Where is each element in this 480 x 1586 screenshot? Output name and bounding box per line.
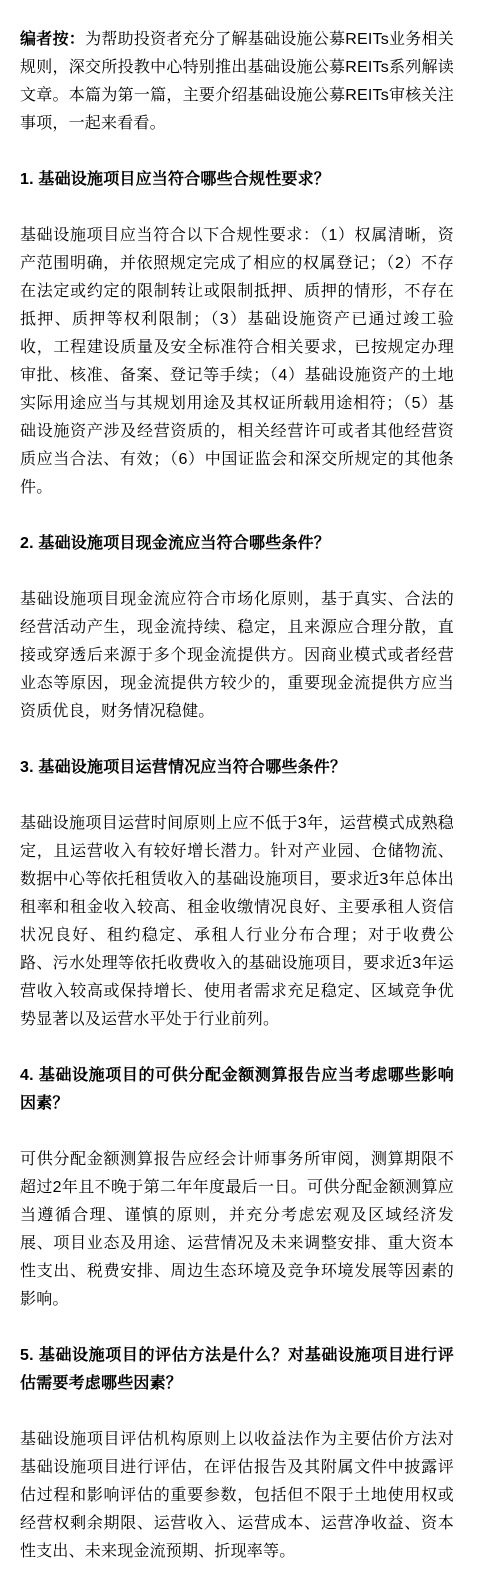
answer-paragraph-2: 基础设施项目现金流应符合市场化原则，基于真实、合法的经营活动产生，现金流持续、稳… — [20, 586, 454, 726]
answer-paragraph-3: 基础设施项目运营时间原则上应不低于3年，运营模式成熟稳定，且运营收入有较好增长潜… — [20, 810, 454, 1034]
section-distributable-amount: 4. 基础设施项目的可供分配金额测算报告应当考虑哪些影响因素？ 可供分配金额测算… — [20, 1062, 454, 1314]
question-heading-3: 3. 基础设施项目运营情况应当符合哪些条件？ — [20, 754, 454, 782]
question-heading-5: 5. 基础设施项目的评估方法是什么？对基础设施项目进行评估需要考虑哪些因素？ — [20, 1342, 454, 1398]
intro-text: 为帮助投资者充分了解基础设施公募REITs业务相关规则，深交所投教中心特别推出基… — [20, 31, 454, 132]
answer-paragraph-1: 基础设施项目应当符合以下合规性要求：（1）权属清晰，资产范围明确，并依照规定完成… — [20, 222, 454, 502]
section-operations: 3. 基础设施项目运营情况应当符合哪些条件？ 基础设施项目运营时间原则上应不低于… — [20, 754, 454, 1034]
section-valuation: 5. 基础设施项目的评估方法是什么？对基础设施项目进行评估需要考虑哪些因素？ 基… — [20, 1342, 454, 1566]
editor-note-label: 编者按： — [20, 31, 85, 48]
answer-paragraph-5: 基础设施项目评估机构原则上以收益法作为主要估价方法对基础设施项目进行评估，在评估… — [20, 1426, 454, 1566]
section-cashflow: 2. 基础设施项目现金流应当符合哪些条件？ 基础设施项目现金流应符合市场化原则，… — [20, 530, 454, 726]
intro-paragraph: 编者按：为帮助投资者充分了解基础设施公募REITs业务相关规则，深交所投教中心特… — [20, 26, 454, 138]
question-heading-4: 4. 基础设施项目的可供分配金额测算报告应当考虑哪些影响因素？ — [20, 1062, 454, 1118]
answer-paragraph-4: 可供分配金额测算报告应经会计师事务所审阅，测算期限不超过2年且不晚于第二年年度最… — [20, 1146, 454, 1314]
question-heading-1: 1. 基础设施项目应当符合哪些合规性要求？ — [20, 166, 454, 194]
reits-article: 编者按：为帮助投资者充分了解基础设施公募REITs业务相关规则，深交所投教中心特… — [0, 0, 480, 1586]
section-compliance: 1. 基础设施项目应当符合哪些合规性要求？ 基础设施项目应当符合以下合规性要求：… — [20, 166, 454, 502]
article-page: { "colors": { "background": "#ffffff", "… — [0, 0, 480, 1586]
question-heading-2: 2. 基础设施项目现金流应当符合哪些条件？ — [20, 530, 454, 558]
